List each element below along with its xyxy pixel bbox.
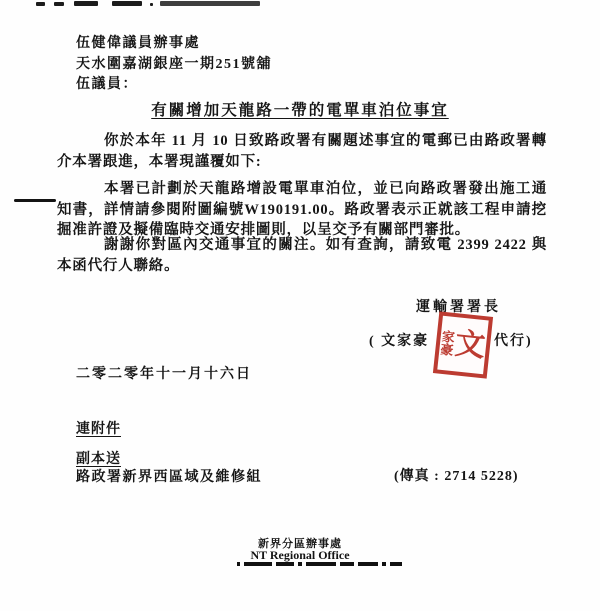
- body-paragraph-1: 你於本年 11 月 10 日致路政署有關題述事宜的電郵已由路政署轉介本署跟進，本…: [57, 131, 547, 172]
- footer-fragment: [358, 562, 378, 566]
- name-chop-stamp: 家 豪 文: [433, 311, 493, 378]
- cc-fax-number: (傳真 : 2714 5228): [394, 465, 519, 485]
- body-paragraph-3: 謝謝你對區內交通事宜的關注。如有查詢，請致電 2399 2422 與本函代行人聯…: [57, 235, 547, 276]
- footer-fragment: [276, 562, 294, 566]
- footer-fragment: [390, 562, 402, 566]
- body-paragraph-2: 本署已計劃於天龍路增設電單車泊位，並已向路政署發出施工通知書，詳情請參閱附圖編號…: [57, 179, 547, 241]
- footer-office-en: NT Regional Office: [0, 548, 600, 563]
- pp-signature-close: 代行): [494, 330, 533, 350]
- letterhead-email-fragment: [160, 1, 260, 6]
- pp-signature-open: ( 文家豪: [369, 330, 429, 350]
- recipient-address: 天水圍嘉湖銀座一期251號舖: [76, 55, 272, 76]
- recipient-office: 伍健偉議員辦事處: [76, 34, 272, 55]
- footer-cutoff-line: [237, 562, 407, 567]
- scanned-letter-page: 伍健偉議員辦事處 天水圍嘉湖銀座一期251號舖 伍議員： 有關增加天龍路一帶的電…: [0, 0, 600, 611]
- stamp-char-main: 文: [453, 329, 486, 362]
- letterhead-fragment: [36, 2, 45, 6]
- footer-fragment: [237, 562, 240, 566]
- footer-fragment: [382, 562, 386, 566]
- letterhead-fragment: [54, 2, 64, 6]
- recipient-block: 伍健偉議員辦事處 天水圍嘉湖銀座一期251號舖 伍議員：: [76, 34, 272, 96]
- footer-fragment: [306, 562, 336, 566]
- footer-fragment: [298, 562, 302, 566]
- attachment-note: 連附件: [76, 418, 121, 438]
- stamp-char-bottom: 豪: [440, 343, 454, 357]
- subject-line: 有關增加天龍路一帶的電單車泊位事宜: [0, 98, 600, 120]
- letterhead-fragment: [112, 1, 142, 6]
- cc-label: 副本送: [76, 448, 121, 468]
- salutation: 伍議員：: [76, 75, 272, 96]
- letterhead-fragment: [150, 3, 153, 6]
- margin-annotation-dash: [14, 199, 56, 202]
- cc-recipient: 路政署新界西區域及維修組: [76, 466, 262, 486]
- letterhead-fragment: [74, 1, 98, 6]
- footer-fragment: [340, 562, 354, 566]
- letter-date: 二零二零年十一月十六日: [76, 363, 252, 383]
- subject-text: 有關增加天龍路一帶的電單車泊位事宜: [151, 102, 449, 119]
- letterhead-remnant: [0, 0, 600, 9]
- footer-fragment: [244, 562, 272, 566]
